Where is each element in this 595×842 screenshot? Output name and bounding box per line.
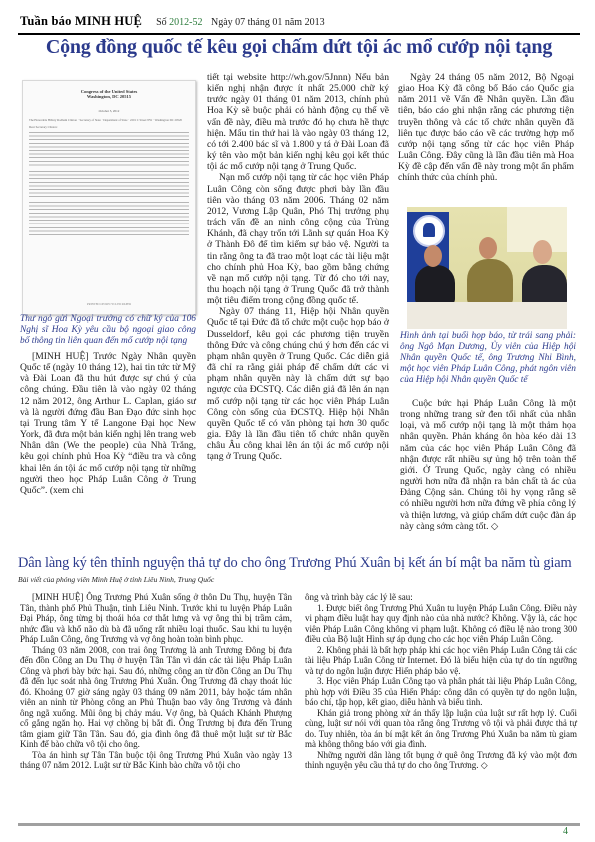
igfm-logo-icon [413, 215, 445, 247]
paragraph: Những người dân làng tốt bụng ở quê ông … [305, 750, 577, 771]
letter-date: October 5, 2012 [23, 109, 195, 113]
article2-byline: Bài viết của phóng viên Minh Huệ ở tỉnh … [18, 575, 214, 584]
paragraph: Nạn mổ cướp nội tạng từ các học viên Phá… [207, 172, 389, 306]
paragraph: ông và trình bày các lý lẽ sau: [305, 592, 577, 603]
issue-info: Số 2012-52 Ngày 07 tháng 01 năm 2013 [156, 17, 325, 28]
article2-headline: Dân làng ký tên thỉnh nguyện thả tự do c… [18, 555, 580, 572]
article1-column-3-bottom: Cuộc bức hại Pháp Luân Công là một trong… [400, 398, 576, 532]
paragraph: Ngày 24 tháng 05 năm 2012, Bộ Ngoại giao… [398, 72, 574, 184]
masthead-rule [18, 33, 580, 35]
congress-letter-image: Congress of the United States Washington… [22, 80, 196, 315]
paragraph: Khán giả trong phòng xử án thấy lập luận… [305, 708, 577, 750]
letter-address: The Honorable Hillary Rodham Clinton · S… [29, 119, 189, 123]
paragraph: Tháng 03 năm 2008, con trai ông Trương l… [20, 645, 292, 750]
letter-body: The Honorable Hillary Rodham Clinton · S… [23, 119, 195, 237]
letter-salutation: Dear Secretary Clinton: [29, 126, 189, 130]
article1-column-1: [MINH HUỆ] Trước Ngày Nhân quyền Quốc tế… [20, 351, 196, 496]
masthead: Tuần báo MINH HUỆ Số 2012-52 Ngày 07 thá… [20, 14, 580, 32]
footer-rule [18, 823, 580, 826]
press-conference-photo [407, 207, 567, 329]
paragraph: [MINH HUỆ] Trước Ngày Nhân quyền Quốc tế… [20, 351, 196, 496]
page-number: 4 [563, 826, 568, 837]
letter-footer: PRINTED ON RECYCLED PAPER [23, 302, 195, 306]
person-left [415, 265, 455, 305]
article-headline: Cộng đồng quốc tế kêu gọi chấm dứt tội á… [18, 36, 580, 59]
publication-name: Tuần báo MINH HUỆ [20, 14, 142, 29]
issue-number: 2012-52 [169, 17, 202, 28]
issue-date: Ngày 07 tháng 01 năm 2013 [211, 17, 325, 28]
paragraph: 3. Học viên Pháp Luân Công tạo và phân p… [305, 676, 577, 708]
paragraph: 1. Được biết ông Trương Phú Xuân tu luyệ… [305, 603, 577, 645]
paragraph: Ngày 07 tháng 11, Hiệp hội Nhân quyền Qu… [207, 306, 389, 462]
letter-letterhead: Congress of the United States Washington… [23, 89, 195, 99]
article1-column-3-top: Ngày 24 tháng 05 năm 2012, Bộ Ngoại giao… [398, 72, 574, 184]
paragraph: 2. Không phải là bất hợp pháp khi các họ… [305, 645, 577, 677]
issue-label: Số [156, 17, 167, 28]
article2-column-right: ông và trình bày các lý lẽ sau: 1. Được … [305, 592, 577, 771]
paragraph: Tòa án hình sự Tân Tân buộc tội ông Trươ… [20, 750, 292, 771]
paragraph: [MINH HUỆ] Ông Trương Phú Xuân sống ở th… [20, 592, 292, 645]
person-center [467, 259, 513, 305]
paragraph: Cuộc bức hại Pháp Luân Công là một trong… [400, 398, 576, 532]
person-right [522, 265, 567, 307]
article2-column-left: [MINH HUỆ] Ông Trương Phú Xuân sống ở th… [20, 592, 292, 771]
photo-caption: Hình ảnh tại buổi họp báo, từ trái sang … [400, 331, 576, 386]
article1-column-2: tiết tại website http://wh.gov/5Jnnn) Nế… [207, 72, 389, 462]
paragraph: tiết tại website http://wh.gov/5Jnnn) Nế… [207, 72, 389, 172]
conference-table [407, 302, 567, 329]
letter-caption: Thư ngỏ gửi Ngoại trưởng có chữ ký của 1… [20, 314, 196, 347]
